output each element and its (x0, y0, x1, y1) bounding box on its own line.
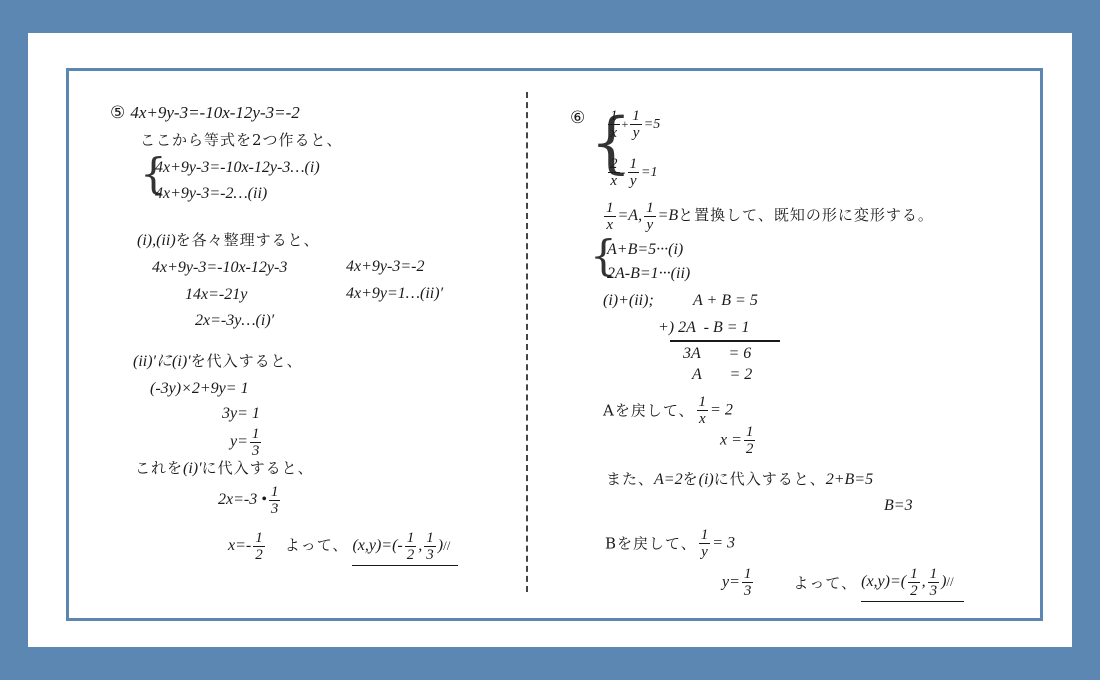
sub-b: 1y (644, 200, 656, 233)
sub-b-rhs: =B (658, 207, 679, 224)
y-num: 1 (250, 426, 262, 443)
sub-a-rhs: =A, (618, 207, 643, 224)
eq2-a-den: x (608, 173, 619, 189)
restore-a-fraction: 1x (697, 394, 709, 427)
x-den-6: 2 (744, 441, 756, 457)
answer-y-num: 1 (424, 530, 436, 547)
end-mark-icon: // (443, 538, 450, 553)
also-math: A=2 (654, 471, 683, 488)
p6-eq2: 2x-1y=1 (606, 156, 657, 189)
x-num: 1 (253, 530, 265, 547)
final-answer-6: (x,y)=(12,13)// (861, 566, 964, 602)
eq2-a: 2x (608, 156, 620, 189)
right-step-1: 4x+9y-3=-2 (346, 257, 424, 277)
organize-heading: (i),(ii)を各々整理すると、 (137, 230, 320, 251)
restore-a-num: 1 (697, 394, 709, 411)
x-lhs: x=- (228, 537, 251, 554)
answer-y-den: 3 (424, 547, 436, 563)
answer-x-fraction-6: 12 (908, 566, 920, 599)
x-result: x=-12 よって、 (x,y)=(-12,13)// (228, 530, 458, 566)
system-eq-ii: 4x+9y-3=-2…(ii) (155, 184, 267, 204)
answer-prefix-6: (x,y)=( (861, 573, 906, 590)
substitute2-text-a: これを (135, 459, 183, 477)
answer-x-num: 1 (405, 530, 417, 547)
problem-number: ⑤ (110, 103, 125, 123)
x-step-fraction: 13 (269, 484, 281, 517)
answer-y-fraction: 13 (424, 530, 436, 563)
substitute1-math: (ii)′に(i)′ (133, 353, 191, 370)
y-num-6: 1 (742, 566, 754, 583)
x-step: 2x=-3 •13 (218, 484, 282, 517)
restore-a-line: Aを戻して、1x= 2 (603, 394, 733, 427)
eq1-op: + (622, 117, 629, 131)
add-label: (i)+(ii); (603, 291, 654, 311)
y-lhs-6: y= (722, 574, 740, 591)
y-lhs: y= (230, 433, 248, 450)
y-den-6: 3 (742, 583, 754, 599)
eq2-op: - (622, 165, 626, 179)
x-lhs-6: x = (720, 432, 742, 449)
eq1-b: 1y (630, 108, 642, 141)
given-equation: 4x+9y-3=-10x-12y-3=-2 (130, 103, 299, 122)
sub-a: 1x (604, 200, 616, 233)
eq2-b: 1y (628, 156, 640, 189)
y-den: 3 (250, 443, 262, 459)
eq2-b-num: 1 (628, 156, 640, 173)
y-result-6: y=13 よって、 (x,y)=(12,13)// (722, 566, 964, 602)
y-fraction: 13 (250, 426, 262, 459)
substitute-heading-1: (ii)′に(i)′を代入すると、 (133, 351, 303, 372)
eq1-a-den: x (608, 125, 619, 141)
substitution-line: 1x=A,1y=Bと置換して、既知の形に変形する。 (602, 200, 934, 233)
restore-a-rhs: = 2 (710, 402, 733, 419)
answer-sep-6: , (922, 573, 926, 590)
ab-system-i: A+B=5···(i) (607, 240, 683, 260)
add-row-4: A = 2 (692, 365, 752, 385)
restore-a-den: x (697, 411, 708, 427)
x-fraction-6: 12 (744, 424, 756, 457)
sub-a-num: 1 (604, 200, 616, 217)
answer-y-num-6: 1 (928, 566, 940, 583)
b-result: B=3 (884, 496, 913, 516)
restore-b-text: Bを戻して、 (605, 535, 697, 553)
x-num-6: 1 (744, 424, 756, 441)
y-fraction-6: 13 (742, 566, 754, 599)
problem-5-header: ⑤ 4x+9y-3=-10x-12y-3=-2 (110, 103, 300, 123)
eq1-b-den: y (631, 125, 642, 141)
restore-a-text: Aを戻して、 (603, 402, 695, 420)
substitute1-text: を代入すると、 (191, 352, 303, 370)
final-answer: (x,y)=(-12,13)// (352, 530, 458, 566)
eq1-a-num: 1 (608, 108, 620, 125)
restore-b-rhs: = 3 (712, 535, 735, 552)
answer-sep: , (418, 537, 422, 554)
restore-b-num: 1 (699, 527, 711, 544)
substitute2-text-b: に代入すると、 (202, 459, 314, 477)
problem-number-6: ⑥ (570, 108, 585, 128)
ab-system-ii: 2A-B=1···(ii) (607, 264, 690, 284)
substitute-heading-2: これを(i)′に代入すると、 (135, 458, 314, 479)
x-fraction: 12 (253, 530, 265, 563)
x-result-6: x =12 (720, 424, 757, 457)
addition-rule (670, 340, 780, 342)
right-step-2: 4x+9y=1…(ii)′ (346, 284, 443, 304)
add-row-3: 3A = 6 (683, 344, 751, 364)
answer-x-fraction: 12 (405, 530, 417, 563)
eq1-a: 1x (608, 108, 620, 141)
restore-b-den: y (699, 544, 710, 560)
left-step-1: 4x+9y-3=-10x-12y-3 (152, 258, 287, 278)
also-text2: を (683, 470, 699, 488)
eq1-b-num: 1 (630, 108, 642, 125)
sub-b-den: y (644, 217, 655, 233)
answer-x-den-6: 2 (908, 583, 920, 599)
eq1-rhs: =5 (644, 117, 660, 132)
add-row-2: +) 2A - B = 1 (658, 318, 750, 338)
y-result: y=13 (230, 426, 263, 459)
also-text: また、 (606, 470, 654, 488)
sub1-step-2: 3y= 1 (222, 404, 260, 424)
answer-x-den: 2 (405, 547, 417, 563)
answer-y-fraction-6: 13 (928, 566, 940, 599)
left-step-2: 14x=-21y (185, 285, 247, 305)
answer-prefix: (x,y)=(- (352, 537, 402, 554)
sub-b-num: 1 (644, 200, 656, 217)
organize-label-text: を各々整理すると、 (176, 231, 320, 249)
x-den: 2 (253, 547, 265, 563)
add-row-1: A + B = 5 (693, 291, 758, 311)
x-step-num: 1 (269, 484, 281, 501)
organize-label-math: (i),(ii) (137, 232, 176, 249)
also-math2: (i) (699, 471, 714, 488)
therefore-text-6: よって、 (793, 574, 857, 592)
also-text3: に代入すると、 (714, 470, 826, 488)
x-step-den: 3 (269, 501, 281, 517)
answer-x-num-6: 1 (908, 566, 920, 583)
system-eq-i: 4x+9y-3=-10x-12y-3…(i) (155, 158, 320, 178)
intro-text: ここから等式を2つ作ると、 (140, 130, 343, 150)
also-line: また、A=2を(i)に代入すると、2+B=5 (606, 469, 873, 490)
column-divider (526, 92, 528, 592)
eq2-a-num: 2 (608, 156, 620, 173)
sub-text: と置換して、既知の形に変形する。 (678, 206, 934, 224)
substitute2-math: (i)′ (183, 460, 202, 477)
therefore-text: よって、 (285, 536, 349, 554)
end-mark-icon: // (946, 574, 953, 589)
restore-b-fraction: 1y (699, 527, 711, 560)
worksheet-frame (66, 68, 1043, 621)
eq2-rhs: =1 (641, 165, 657, 180)
eq2-b-den: y (628, 173, 639, 189)
p6-eq1: 1x+1y=5 (606, 108, 660, 141)
also-result: 2+B=5 (826, 471, 873, 488)
x-step-lhs: 2x=-3 • (218, 491, 267, 508)
restore-b-line: Bを戻して、1y= 3 (605, 527, 735, 560)
left-step-3: 2x=-3y…(i)′ (195, 311, 274, 331)
answer-y-den-6: 3 (928, 583, 940, 599)
sub1-step-1: (-3y)×2+9y= 1 (150, 379, 249, 399)
